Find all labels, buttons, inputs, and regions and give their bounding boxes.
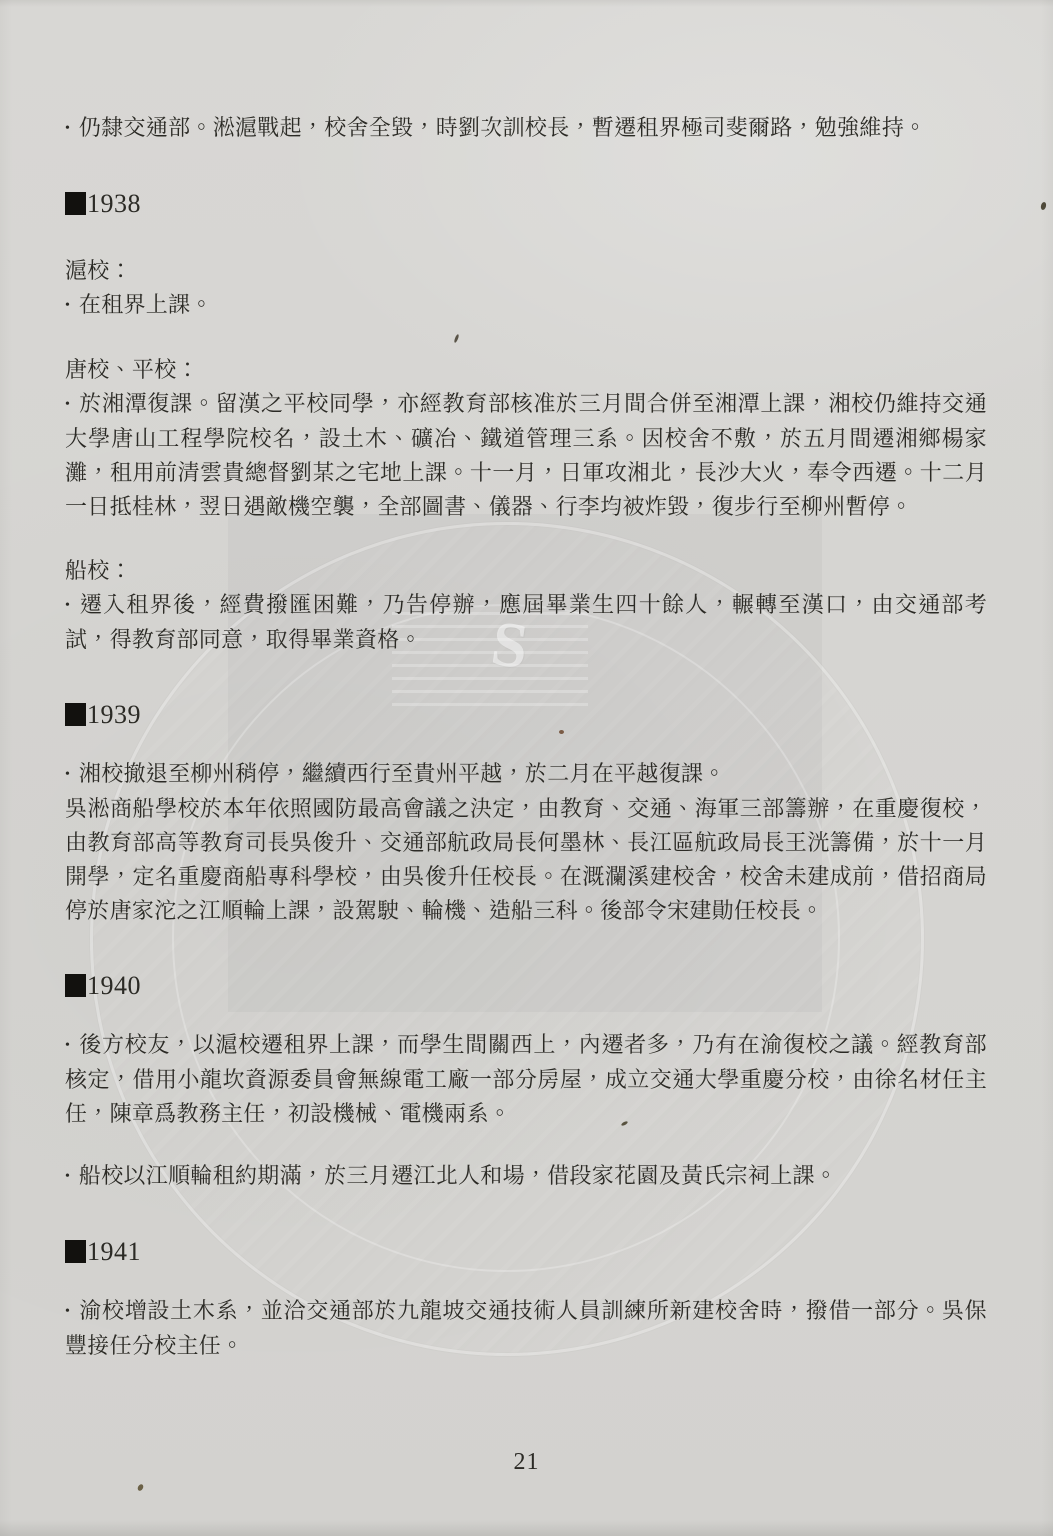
year-marker-square-icon <box>65 974 86 997</box>
bullet-icon: • <box>65 1038 70 1053</box>
year-label: 1938 <box>87 189 141 218</box>
text-run: 滬校： <box>65 258 132 283</box>
year-label: 1939 <box>87 700 141 729</box>
bullet-paragraph: •於湘潭復課。留漢之平校同學，亦經教育部核准於三月間合併至湘潭上課，湘校仍維持交… <box>65 387 987 524</box>
text-run: 仍隸交通部。淞滬戰起，校舍全毀，時劉次訓校長，暫遷租界極司斐爾路，勉強維持。 <box>79 115 926 140</box>
year-heading: 1939 <box>65 695 987 735</box>
section-heading: 唐校、平校： <box>65 353 987 387</box>
year-marker-square-icon <box>65 1240 86 1263</box>
year-heading: 1941 <box>65 1232 987 1272</box>
year-marker-square-icon <box>65 703 86 726</box>
bullet-paragraph: •在租界上課。 <box>65 288 987 323</box>
text-run: 唐校、平校： <box>65 357 199 382</box>
bullet-icon: • <box>65 598 70 613</box>
bullet-paragraph: •渝校增設土木系，並洽交通部於九龍坡交通技術人員訓練所新建校舍時，撥借一部分。吳… <box>65 1294 987 1363</box>
bullet-icon: • <box>65 121 70 136</box>
text-run: 湘校撤退至柳州稍停，繼續西行至貴州平越，於二月在平越復課。 <box>79 761 726 786</box>
section-heading: 滬校： <box>65 254 987 288</box>
year-heading: 1940 <box>65 966 987 1006</box>
text-run: 遷入租界後，經費撥匯困難，乃告停辦，應屆畢業生四十餘人，輾轉至漢口，由交通部考試… <box>65 592 987 652</box>
bullet-paragraph: •仍隸交通部。淞滬戰起，校舍全毀，時劉次訓校長，暫遷租界極司斐爾路，勉強維持。 <box>65 111 987 146</box>
document-body: •仍隸交通部。淞滬戰起，校舍全毀，時劉次訓校長，暫遷租界極司斐爾路，勉強維持。1… <box>65 111 987 1363</box>
bullet-icon: • <box>65 397 70 412</box>
paper-speck <box>1040 201 1047 210</box>
text-run: 船校以江順輪租約期滿，於三月遷江北人和場，借段家花園及黃氏宗祠上課。 <box>79 1163 837 1188</box>
bullet-icon: • <box>65 298 70 313</box>
paragraph: 吳淞商船學校於本年依照國防最高會議之決定，由教育、交通、海軍三部籌辦，在重慶復校… <box>65 792 987 928</box>
bullet-paragraph: •遷入租界後，經費撥匯困難，乃告停辦，應屆畢業生四十餘人，輾轉至漢口，由交通部考… <box>65 588 987 657</box>
text-run: 於湘潭復課。留漢之平校同學，亦經教育部核准於三月間合併至湘潭上課，湘校仍維持交通… <box>65 391 987 519</box>
year-label: 1940 <box>87 971 141 1000</box>
page-number: 21 <box>0 1449 1053 1476</box>
text-run: 後方校友，以滬校遷租界上課，而學生間關西上，內遷者多，乃有在渝復校之議。經教育部… <box>65 1032 987 1126</box>
year-marker-square-icon <box>65 192 86 215</box>
text-run: 在租界上課。 <box>79 292 213 317</box>
bullet-paragraph: •湘校撤退至柳州稍停，繼續西行至貴州平越，於二月在平越復課。 <box>65 757 987 792</box>
scanned-document-page: S •仍隸交通部。淞滬戰起，校舍全毀，時劉次訓校長，暫遷租界極司斐爾路，勉強維持… <box>0 0 1053 1536</box>
section-heading: 船校： <box>65 554 987 588</box>
text-run: 吳淞商船學校於本年依照國防最高會議之決定，由教育、交通、海軍三部籌辦，在重慶復校… <box>65 796 987 923</box>
bullet-paragraph: •後方校友，以滬校遷租界上課，而學生間關西上，內遷者多，乃有在渝復校之議。經教育… <box>65 1028 987 1131</box>
year-label: 1941 <box>87 1237 141 1266</box>
bullet-icon: • <box>65 1169 70 1184</box>
bullet-icon: • <box>65 767 70 782</box>
year-heading: 1938 <box>65 184 987 224</box>
text-run: 船校： <box>65 558 132 583</box>
bullet-icon: • <box>65 1304 70 1319</box>
paper-speck <box>137 1483 145 1492</box>
text-run: 渝校增設土木系，並洽交通部於九龍坡交通技術人員訓練所新建校舍時，撥借一部分。吳保… <box>65 1298 987 1358</box>
paper-speck <box>559 730 564 734</box>
bullet-paragraph: •船校以江順輪租約期滿，於三月遷江北人和場，借段家花園及黃氏宗祠上課。 <box>65 1159 987 1194</box>
